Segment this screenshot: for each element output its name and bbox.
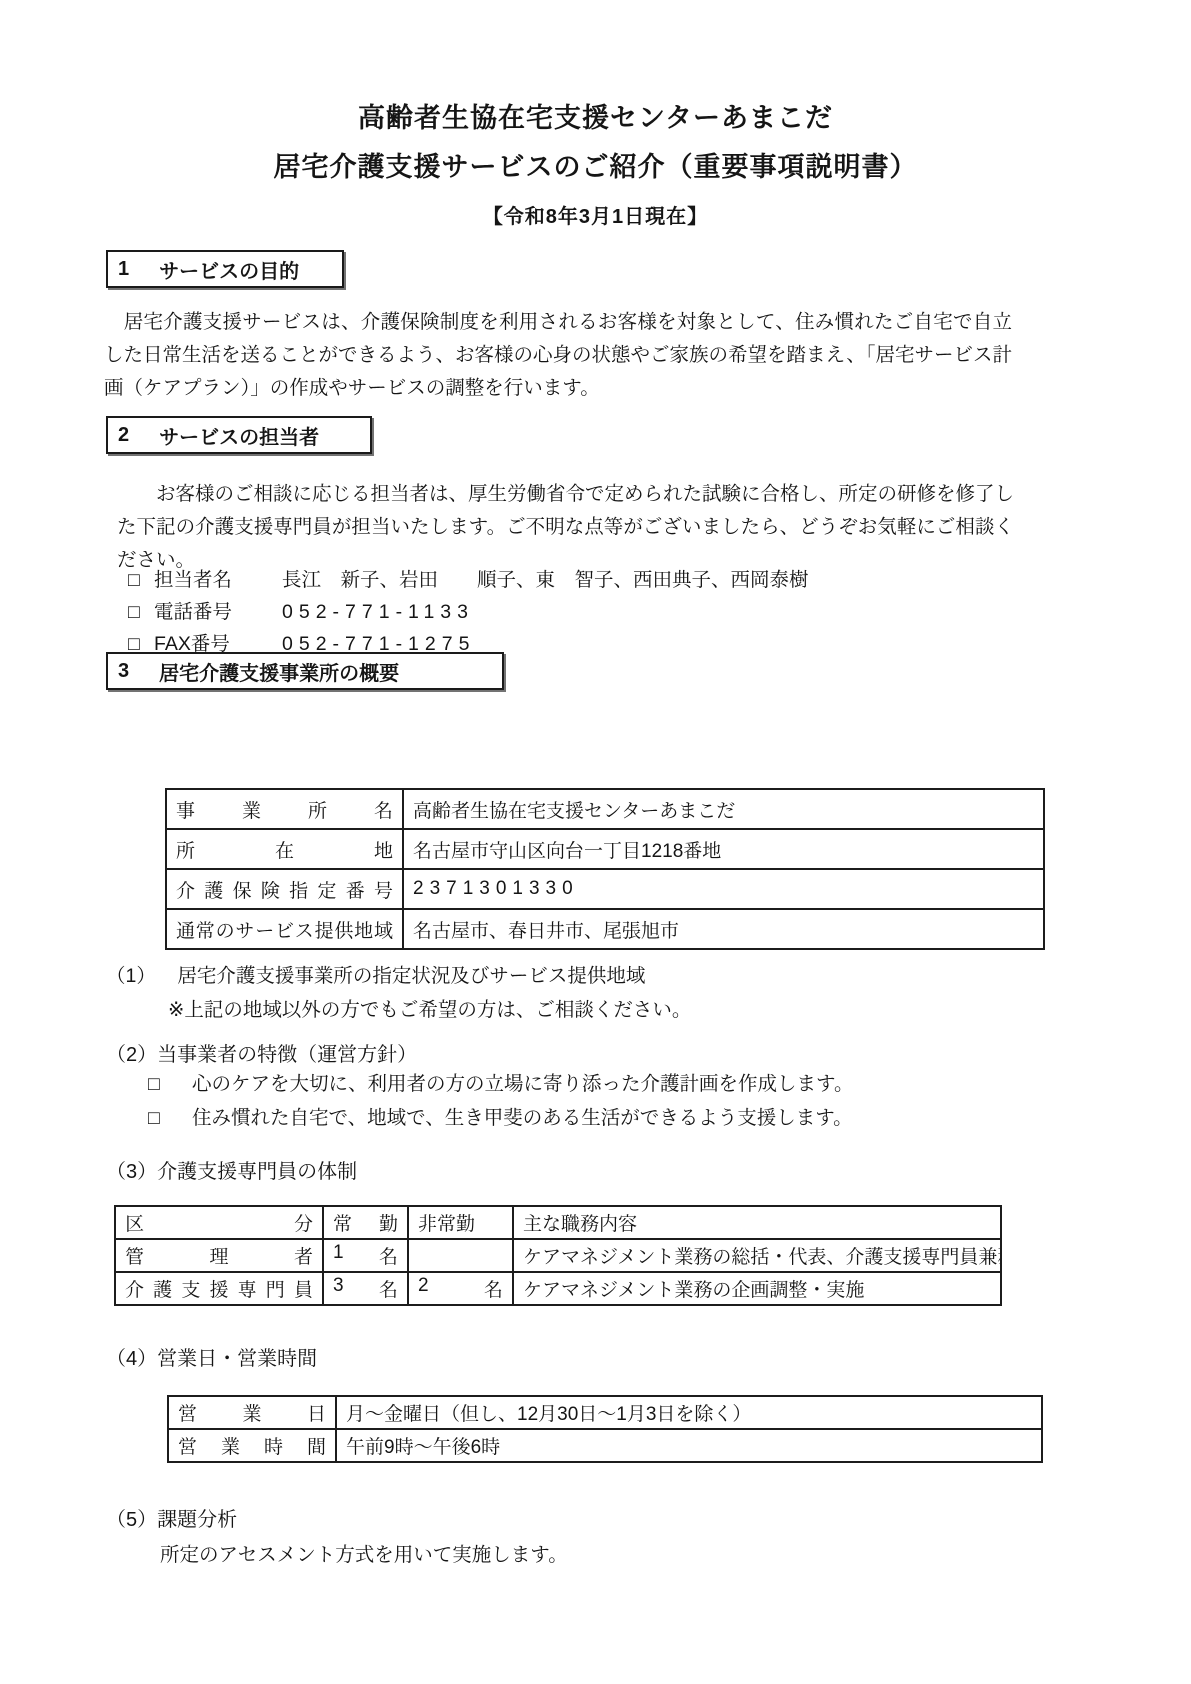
section-2-body: お客様のご相談に応じる担当者は、厚生労働省令で定められた試験に合格し、所定の研修… [117, 478, 1014, 577]
checkbox-icon: □ [128, 564, 154, 596]
subsection-1-number: （1） [106, 960, 172, 988]
business-hours-label-cell: 営業時間 [168, 1429, 336, 1462]
contact-row-staff-names: □ 担当者名 長江 新子、岩田 順子、東 智子、西田典子、西岡泰樹 [128, 564, 809, 596]
section-1-body: 居宅介護支援サービスは、介護保険制度を利用されるお客様を対象として、住み慣れたご… [104, 306, 1012, 405]
address-label-cell: 所在地 [166, 829, 403, 869]
section-2-title: サービスの担当者 [159, 421, 319, 450]
subsection-4-heading: （4）営業日・営業時間 [106, 1342, 317, 1371]
manager-category-cell: 管理者 [115, 1239, 323, 1272]
address-value-cell: 名古屋市守山区向台一丁目1218番地 [403, 829, 1044, 869]
careworker-fulltime-cell: 3名 [323, 1272, 408, 1305]
subsection-2-heading: （2）当事業者の特徴（運営方針） [106, 1038, 417, 1067]
office-overview-table: 事業所名 高齢者生協在宅支援センターあまこだ 所在地 名古屋市守山区向台一丁目1… [165, 788, 1045, 950]
careworker-category: 介護支援専門員 [125, 1275, 313, 1302]
manager-fulltime-cell: 1名 [323, 1239, 408, 1272]
section-3-number: 3 [118, 660, 129, 683]
subsection-1-heading: （1） 居宅介護支援事業所の指定状況及びサービス提供地域 [106, 960, 645, 988]
insurance-number-label-cell: 介護保険指定番号 [166, 869, 403, 909]
document-subtitle: 居宅介護支援サービスのご紹介（重要事項説明書） [0, 145, 1191, 184]
contact-label: 電話番号 [154, 596, 282, 628]
manager-category: 管理者 [125, 1242, 313, 1269]
staff-category-header: 区分 [125, 1209, 313, 1236]
manager-parttime-cell [408, 1239, 513, 1272]
section-1-number: 1 [118, 258, 129, 281]
service-area-label: 通常のサービス提供地域 [176, 916, 393, 943]
section-1-heading-box: 1 サービスの目的 [106, 250, 344, 288]
table-row: 介護保険指定番号 2371301330 [166, 869, 1044, 909]
table-row: 事業所名 高齢者生協在宅支援センターあまこだ [166, 789, 1044, 829]
policy-item: □ 住み慣れた自宅で、地域で、生き甲斐のある生活ができるよう支援します。 [148, 1102, 853, 1130]
policy-item: □ 心のケアを大切に、利用者の方の立場に寄り添った介護計画を作成します。 [148, 1068, 853, 1096]
office-name-label: 事業所名 [176, 796, 393, 823]
business-hours-table: 営業日 月～金曜日（但し、12月30日～1月3日を除く） 営業時間 午前9時～午… [167, 1395, 1043, 1463]
business-hours-label: 営業時間 [178, 1432, 326, 1459]
careworker-parttime-count: 2名 [418, 1275, 503, 1302]
contact-value-phone-number: 052-771-1133 [282, 596, 474, 628]
careworker-duties-cell: ケアマネジメント業務の企画調整・実施 [513, 1272, 1001, 1305]
contact-label: 担当者名 [154, 564, 282, 596]
contact-list: □ 担当者名 長江 新子、岩田 順子、東 智子、西田典子、西岡泰樹 □ 電話番号… [128, 564, 809, 660]
subsection-3-heading: （3）介護支援専門員の体制 [106, 1155, 357, 1184]
subsection-1-note: ※上記の地域以外の方でもご希望の方は、ご相談ください。 [168, 994, 691, 1022]
parttime-header-cell: 非常勤 [408, 1206, 513, 1239]
insurance-number-label: 介護保険指定番号 [176, 876, 393, 903]
careworker-category-cell: 介護支援専門員 [115, 1272, 323, 1305]
table-row: 介護支援専門員 3名 2名 ケアマネジメント業務の企画調整・実施 [115, 1272, 1001, 1305]
fulltime-header: 常勤 [333, 1209, 398, 1236]
policy-item-text: 心のケアを大切に、利用者の方の立場に寄り添った介護計画を作成します。 [192, 1068, 853, 1096]
table-header-row: 区分 常勤 非常勤 主な職務内容 [115, 1206, 1001, 1239]
office-name-value-cell: 高齢者生協在宅支援センターあまこだ [403, 789, 1044, 829]
section-3-title: 居宅介護支援事業所の概要 [159, 657, 399, 686]
section-1-title: サービスの目的 [159, 255, 299, 284]
document-title: 高齢者生協在宅支援センターあまこだ [0, 96, 1191, 135]
service-area-label-cell: 通常のサービス提供地域 [166, 909, 403, 949]
office-name-label-cell: 事業所名 [166, 789, 403, 829]
contact-value: 長江 新子、岩田 順子、東 智子、西田典子、西岡泰樹 [282, 564, 809, 596]
table-row: 営業日 月～金曜日（但し、12月30日～1月3日を除く） [168, 1396, 1042, 1429]
subsection-1-title: 居宅介護支援事業所の指定状況及びサービス提供地域 [177, 965, 645, 987]
staff-table: 区分 常勤 非常勤 主な職務内容 管理者 1名 ケアマネジメント業務の総括・代表… [114, 1205, 1002, 1306]
service-area-value-cell: 名古屋市、春日井市、尾張旭市 [403, 909, 1044, 949]
business-days-label: 営業日 [178, 1399, 326, 1426]
business-hours-value-cell: 午前9時～午後6時 [336, 1429, 1042, 1462]
table-row: 所在地 名古屋市守山区向台一丁目1218番地 [166, 829, 1044, 869]
manager-duties-cell: ケアマネジメント業務の総括・代表、介護支援専門員兼務 [513, 1239, 1001, 1272]
business-days-value-cell: 月～金曜日（但し、12月30日～1月3日を除く） [336, 1396, 1042, 1429]
section-2-number: 2 [118, 424, 129, 447]
table-row: 管理者 1名 ケアマネジメント業務の総括・代表、介護支援専門員兼務 [115, 1239, 1001, 1272]
table-row: 通常のサービス提供地域 名古屋市、春日井市、尾張旭市 [166, 909, 1044, 949]
careworker-parttime-cell: 2名 [408, 1272, 513, 1305]
staff-category-header-cell: 区分 [115, 1206, 323, 1239]
careworker-fulltime-count: 3名 [333, 1275, 398, 1302]
subsection-5-heading: （5）課題分析 [106, 1503, 237, 1532]
duties-header-cell: 主な職務内容 [513, 1206, 1001, 1239]
section-3-heading-box: 3 居宅介護支援事業所の概要 [106, 652, 504, 690]
insurance-number-value-cell: 2371301330 [403, 869, 1044, 909]
checkbox-icon: □ [128, 596, 154, 628]
checkbox-icon: □ [148, 1107, 192, 1130]
document-page: 高齢者生協在宅支援センターあまこだ 居宅介護支援サービスのご紹介（重要事項説明書… [0, 0, 1191, 1684]
contact-row-phone: □ 電話番号 052-771-1133 [128, 596, 809, 628]
business-days-label-cell: 営業日 [168, 1396, 336, 1429]
manager-fulltime-count: 1名 [333, 1242, 398, 1269]
section-2-heading-box: 2 サービスの担当者 [106, 416, 372, 454]
checkbox-icon: □ [148, 1073, 192, 1096]
subsection-5-body: 所定のアセスメント方式を用いて実施します。 [160, 1539, 568, 1567]
table-row: 営業時間 午前9時～午後6時 [168, 1429, 1042, 1462]
policy-item-text: 住み慣れた自宅で、地域で、生き甲斐のある生活ができるよう支援します。 [192, 1102, 853, 1130]
document-date-note: 【令和8年3月1日現在】 [0, 200, 1191, 229]
address-label: 所在地 [176, 836, 393, 863]
fulltime-header-cell: 常勤 [323, 1206, 408, 1239]
